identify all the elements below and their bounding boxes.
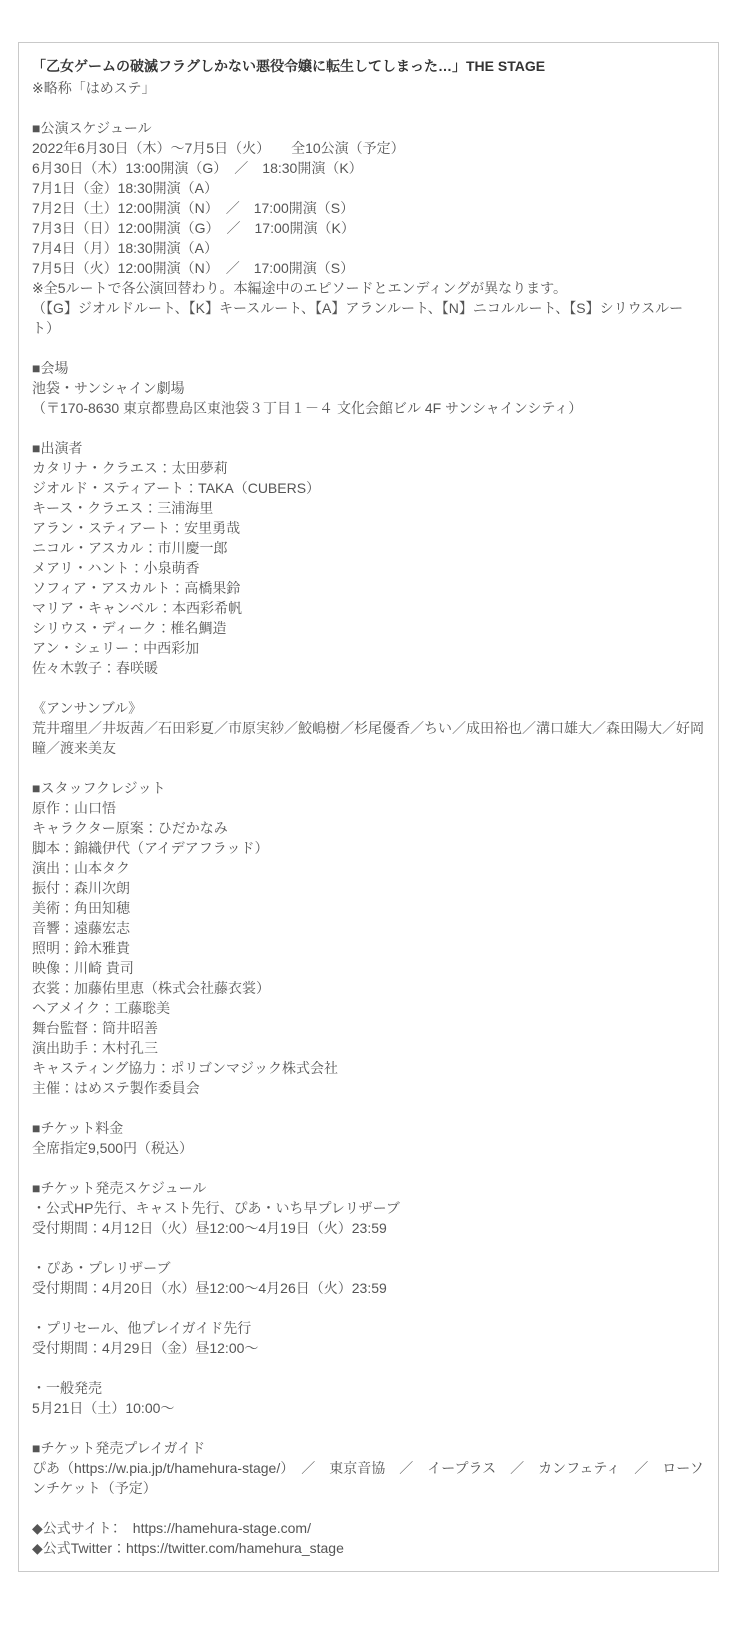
section-heading: ■公演スケジュール (32, 118, 704, 138)
title-abbreviation: ※略称「はめステ」 (32, 78, 704, 98)
ensemble-heading: 《アンサンブル》 (32, 698, 704, 718)
cast-line: メアリ・ハント：小泉萌香 (32, 558, 704, 578)
sales-group: ・ぴあ・プレリザーブ 受付期間：4月20日（水）昼12:00〜4月26日（火）2… (32, 1258, 704, 1298)
cast-line: マリア・キャンベル：本西彩希帆 (32, 598, 704, 618)
announcement-card: 「乙女ゲームの破滅フラグしかない悪役令嬢に転生してしまった…」THE STAGE… (18, 42, 719, 1572)
section-heading: ■チケット料金 (32, 1118, 704, 1138)
official-twitter-link: ◆公式Twitter：https://twitter.com/hamehura_… (32, 1538, 704, 1558)
cast-line: ソフィア・アスカルト：高橋果鈴 (32, 578, 704, 598)
section-cast: ■出演者 カタリナ・クラエス：太田夢莉 ジオルド・スティアート：TAKA（CUB… (32, 438, 704, 678)
venue-name: 池袋・サンシャイン劇場 (32, 378, 704, 398)
cast-line: ジオルド・スティアート：TAKA（CUBERS） (32, 478, 704, 498)
section-heading: ■チケット発売プレイガイド (32, 1438, 704, 1458)
sales-group-period: 受付期間：4月29日（金）昼12:00〜 (32, 1338, 704, 1358)
sales-group-period: 5月21日（土）10:00〜 (32, 1398, 704, 1418)
route-legend: （【G】ジオルドルート、【K】キースルート、【A】アランルート、【N】ニコルルー… (32, 298, 704, 338)
sales-group-name: ・プリセール、他プレイガイド先行 (32, 1318, 704, 1338)
staff-line: 脚本：錦織伊代（アイデアフラッド） (32, 838, 704, 858)
schedule-line: 7月1日（金）18:30開演（A） (32, 178, 704, 198)
sales-group-period: 受付期間：4月12日（火）昼12:00〜4月19日（火）23:59 (32, 1218, 704, 1238)
sales-group-name: ・一般発売 (32, 1378, 704, 1398)
sales-group: ・一般発売 5月21日（土）10:00〜 (32, 1378, 704, 1418)
cast-line: カタリナ・クラエス：太田夢莉 (32, 458, 704, 478)
staff-line: 演出助手：木村孔三 (32, 1038, 704, 1058)
cast-line: キース・クラエス：三浦海里 (32, 498, 704, 518)
staff-line: 照明：鈴木雅貴 (32, 938, 704, 958)
staff-line: 主催：はめステ製作委員会 (32, 1078, 704, 1098)
section-intro: 「乙女ゲームの破滅フラグしかない悪役令嬢に転生してしまった…」THE STAGE… (32, 55, 704, 98)
section-official-links: ◆公式サイト： https://hamehura-stage.com/ ◆公式T… (32, 1518, 704, 1558)
sales-group: ・プリセール、他プレイガイド先行 受付期間：4月29日（金）昼12:00〜 (32, 1318, 704, 1358)
section-ticket-price: ■チケット料金 全席指定9,500円（税込） (32, 1118, 704, 1158)
cast-line: アラン・スティアート：安里勇哉 (32, 518, 704, 538)
venue-address: （〒170-8630 東京都豊島区東池袋３丁目１－４ 文化会館ビル 4F サンシ… (32, 398, 704, 418)
section-playguide: ■チケット発売プレイガイド ぴあ（https://w.pia.jp/t/hame… (32, 1438, 704, 1498)
staff-line: 美術：角田知穂 (32, 898, 704, 918)
page-title: 「乙女ゲームの破滅フラグしかない悪役令嬢に転生してしまった…」THE STAGE (32, 55, 704, 78)
staff-line: 音響：遠藤宏志 (32, 918, 704, 938)
staff-line: 振付：森川次朗 (32, 878, 704, 898)
schedule-line: 6月30日（木）13:00開演（G） ／ 18:30開演（K） (32, 158, 704, 178)
ensemble-names: 荒井瑠里／井坂茜／石田彩夏／市原実紗／鮫嶋樹／杉尾優香／ちい／成田裕也／溝口雄大… (32, 718, 704, 758)
staff-line: 舞台監督：筒井昭善 (32, 1018, 704, 1038)
schedule-note: ※全5ルートで各公演回替わり。本編途中のエピソードとエンディングが異なります。 (32, 278, 704, 298)
staff-line: 衣裳：加藤佑里恵（株式会社藤衣裳） (32, 978, 704, 998)
staff-line: 映像：川崎 貴司 (32, 958, 704, 978)
schedule-line: 7月3日（日）12:00開演（G） ／ 17:00開演（K） (32, 218, 704, 238)
section-ensemble: 《アンサンブル》 荒井瑠里／井坂茜／石田彩夏／市原実紗／鮫嶋樹／杉尾優香／ちい／… (32, 698, 704, 758)
cast-line: シリウス・ディーク：椎名鯛造 (32, 618, 704, 638)
staff-line: キャスティング協力：ポリゴンマジック株式会社 (32, 1058, 704, 1078)
staff-line: 原作：山口悟 (32, 798, 704, 818)
cast-line: ニコル・アスカル：市川慶一郎 (32, 538, 704, 558)
sales-group-period: 受付期間：4月20日（水）昼12:00〜4月26日（火）23:59 (32, 1278, 704, 1298)
official-site-link: ◆公式サイト： https://hamehura-stage.com/ (32, 1518, 704, 1538)
schedule-line: 7月4日（月）18:30開演（A） (32, 238, 704, 258)
sales-group: ・公式HP先行、キャスト先行、ぴあ・いち早プレリザーブ 受付期間：4月12日（火… (32, 1198, 704, 1238)
staff-line: ヘアメイク：工藤聡美 (32, 998, 704, 1018)
schedule-line: 2022年6月30日（木）〜7月5日（火） 全10公演（予定） (32, 138, 704, 158)
sales-group-name: ・公式HP先行、キャスト先行、ぴあ・いち早プレリザーブ (32, 1198, 704, 1218)
section-heading: ■チケット発売スケジュール (32, 1178, 704, 1198)
playguide-list: ぴあ（https://w.pia.jp/t/hamehura-stage/） ／… (32, 1458, 704, 1498)
sales-group-name: ・ぴあ・プレリザーブ (32, 1258, 704, 1278)
section-ticket-sales-schedule: ■チケット発売スケジュール ・公式HP先行、キャスト先行、ぴあ・いち早プレリザー… (32, 1178, 704, 1418)
section-heading: ■スタッフクレジット (32, 778, 704, 798)
cast-line: アン・シェリー：中西彩加 (32, 638, 704, 658)
schedule-line: 7月2日（土）12:00開演（N） ／ 17:00開演（S） (32, 198, 704, 218)
schedule-line: 7月5日（火）12:00開演（N） ／ 17:00開演（S） (32, 258, 704, 278)
section-performance-schedule: ■公演スケジュール 2022年6月30日（木）〜7月5日（火） 全10公演（予定… (32, 118, 704, 338)
ticket-price: 全席指定9,500円（税込） (32, 1138, 704, 1158)
section-heading: ■会場 (32, 358, 704, 378)
cast-line: 佐々木敦子：春咲暖 (32, 658, 704, 678)
section-heading: ■出演者 (32, 438, 704, 458)
section-venue: ■会場 池袋・サンシャイン劇場 （〒170-8630 東京都豊島区東池袋３丁目１… (32, 358, 704, 418)
section-staff: ■スタッフクレジット 原作：山口悟 キャラクター原案：ひだかなみ 脚本：錦織伊代… (32, 778, 704, 1098)
staff-line: キャラクター原案：ひだかなみ (32, 818, 704, 838)
staff-line: 演出：山本タク (32, 858, 704, 878)
